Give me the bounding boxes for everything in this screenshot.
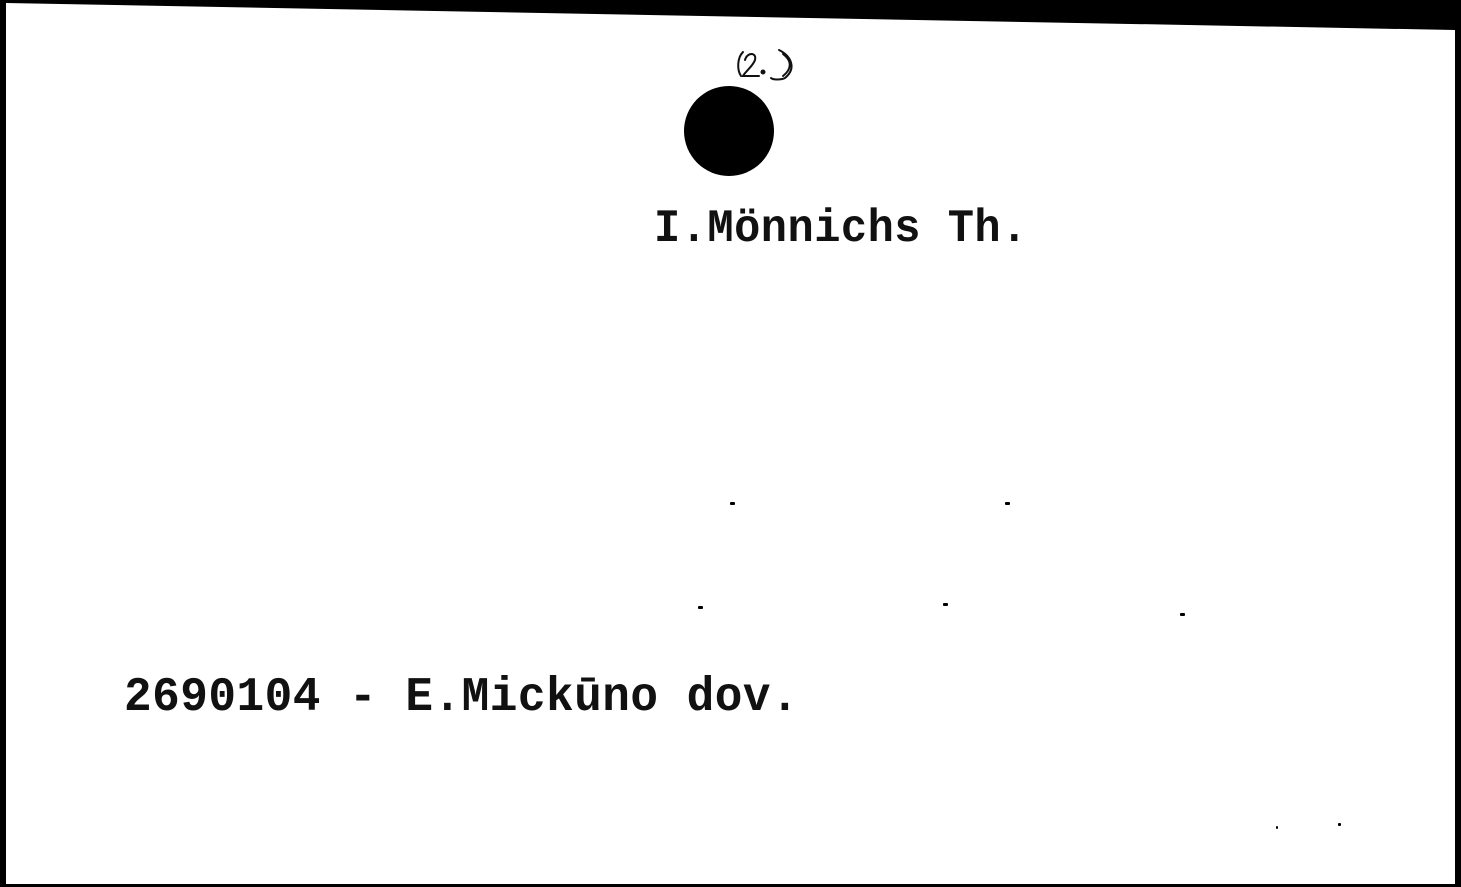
scan-speck [730, 502, 735, 505]
scan-speck [1180, 613, 1185, 616]
scan-speck [1338, 823, 1341, 826]
card-name-line: I.Mönnichs Th. [654, 206, 1028, 252]
scan-border-notch [0, 26, 3, 50]
scan-speck [943, 603, 948, 606]
scan-speck [1005, 502, 1010, 505]
handwritten-mark-icon [733, 46, 803, 82]
scan-speck [698, 606, 703, 609]
punch-hole-icon [684, 86, 774, 176]
card-reference-line: 2690104 - E.Mickūno dov. [124, 674, 799, 722]
scan-speck [1276, 826, 1278, 829]
